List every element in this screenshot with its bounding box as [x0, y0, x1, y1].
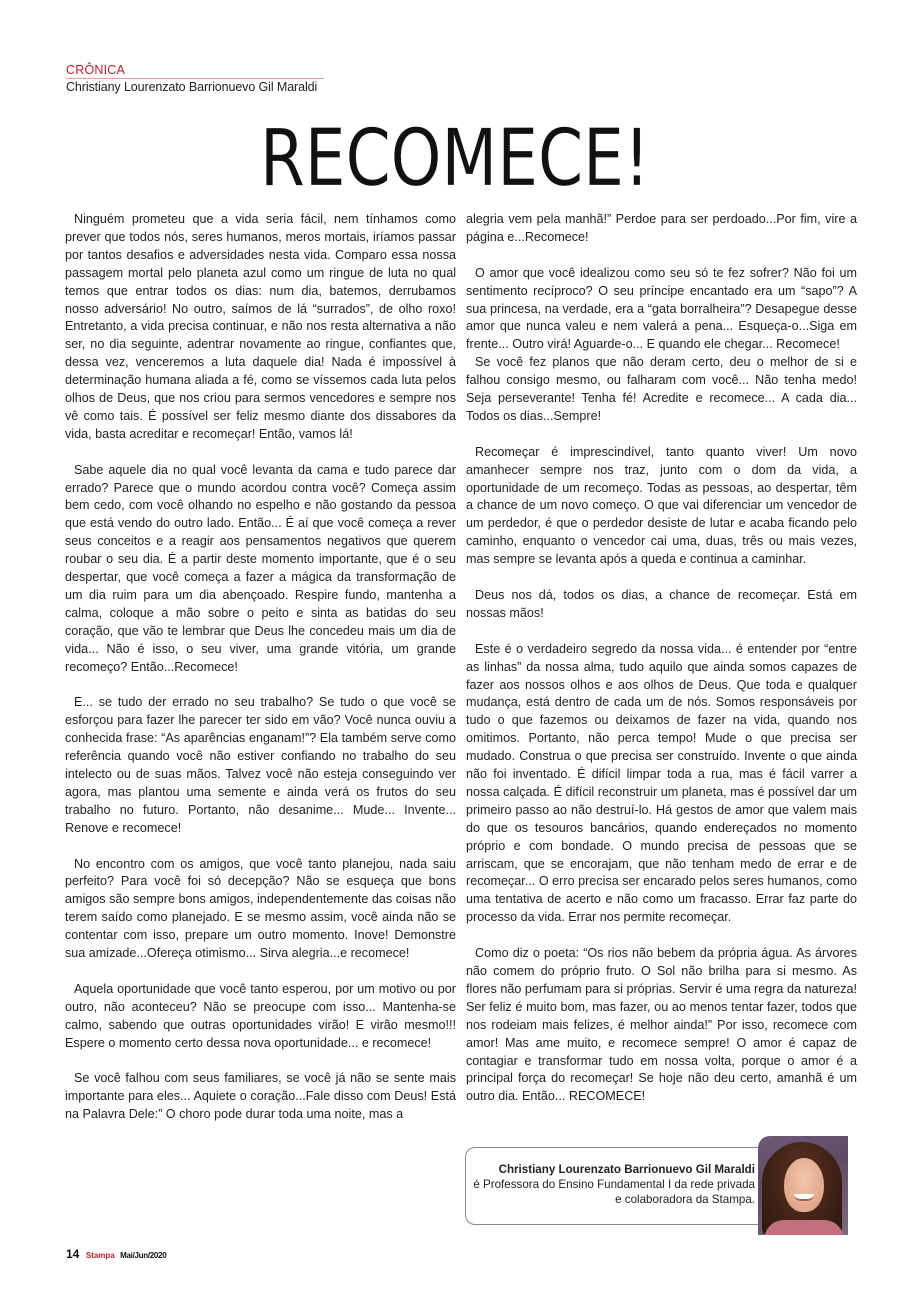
article-title-text: RECOMECE!	[260, 118, 650, 200]
paragraph: E... se tudo der errado no seu trabalho?…	[65, 694, 456, 837]
article-title: RECOMECE!	[0, 118, 909, 200]
bio-author-name: Christiany Lourenzato Barrionuevo Gil Ma…	[455, 1162, 755, 1177]
paragraph: Ninguém prometeu que a vida seria fácil,…	[65, 211, 456, 444]
article-column-left: Ninguém prometeu que a vida seria fácil,…	[65, 211, 456, 1142]
section-label: CRÔNICA	[66, 63, 324, 77]
section-divider	[66, 78, 324, 79]
paragraph: Este é o verdadeiro segredo da nossa vid…	[466, 641, 857, 928]
magazine-name: Stampa	[86, 1251, 115, 1260]
page-number: 14	[66, 1247, 79, 1261]
author-bio: Christiany Lourenzato Barrionuevo Gil Ma…	[455, 1162, 755, 1207]
article-column-right: alegria vem pela manhã!” Perdoe para ser…	[466, 211, 857, 1124]
author-byline: Christiany Lourenzato Barrionuevo Gil Ma…	[66, 80, 324, 95]
paragraph: Deus nos dá, todos os dias, a chance de …	[466, 587, 857, 623]
author-bio-box: Christiany Lourenzato Barrionuevo Gil Ma…	[465, 1147, 785, 1225]
issue-date: Mai/Jun/2020	[120, 1251, 166, 1260]
bio-description-line1: é Professora do Ensino Fundamental I da …	[455, 1177, 755, 1192]
paragraph: Recomeçar é imprescindível, tanto quanto…	[466, 444, 857, 569]
author-photo	[758, 1136, 848, 1235]
paragraph: alegria vem pela manhã!” Perdoe para ser…	[466, 211, 857, 247]
paragraph: No encontro com os amigos, que você tant…	[65, 856, 456, 963]
page-footer: 14 Stampa Mai/Jun/2020	[66, 1248, 166, 1262]
bio-description-line2: e colaboradora da Stampa.	[455, 1192, 755, 1207]
paragraph: O amor que você idealizou como seu só te…	[466, 265, 857, 355]
paragraph: Aquela oportunidade que você tanto esper…	[65, 981, 456, 1053]
paragraph: Como diz o poeta: “Os rios não bebem da …	[466, 945, 857, 1106]
paragraph: Se você fez planos que não deram certo, …	[466, 354, 857, 426]
paragraph: Sabe aquele dia no qual você levanta da …	[65, 462, 456, 677]
section-header: CRÔNICA Christiany Lourenzato Barrionuev…	[66, 63, 324, 95]
paragraph: Se você falhou com seus familiares, se v…	[65, 1070, 456, 1124]
